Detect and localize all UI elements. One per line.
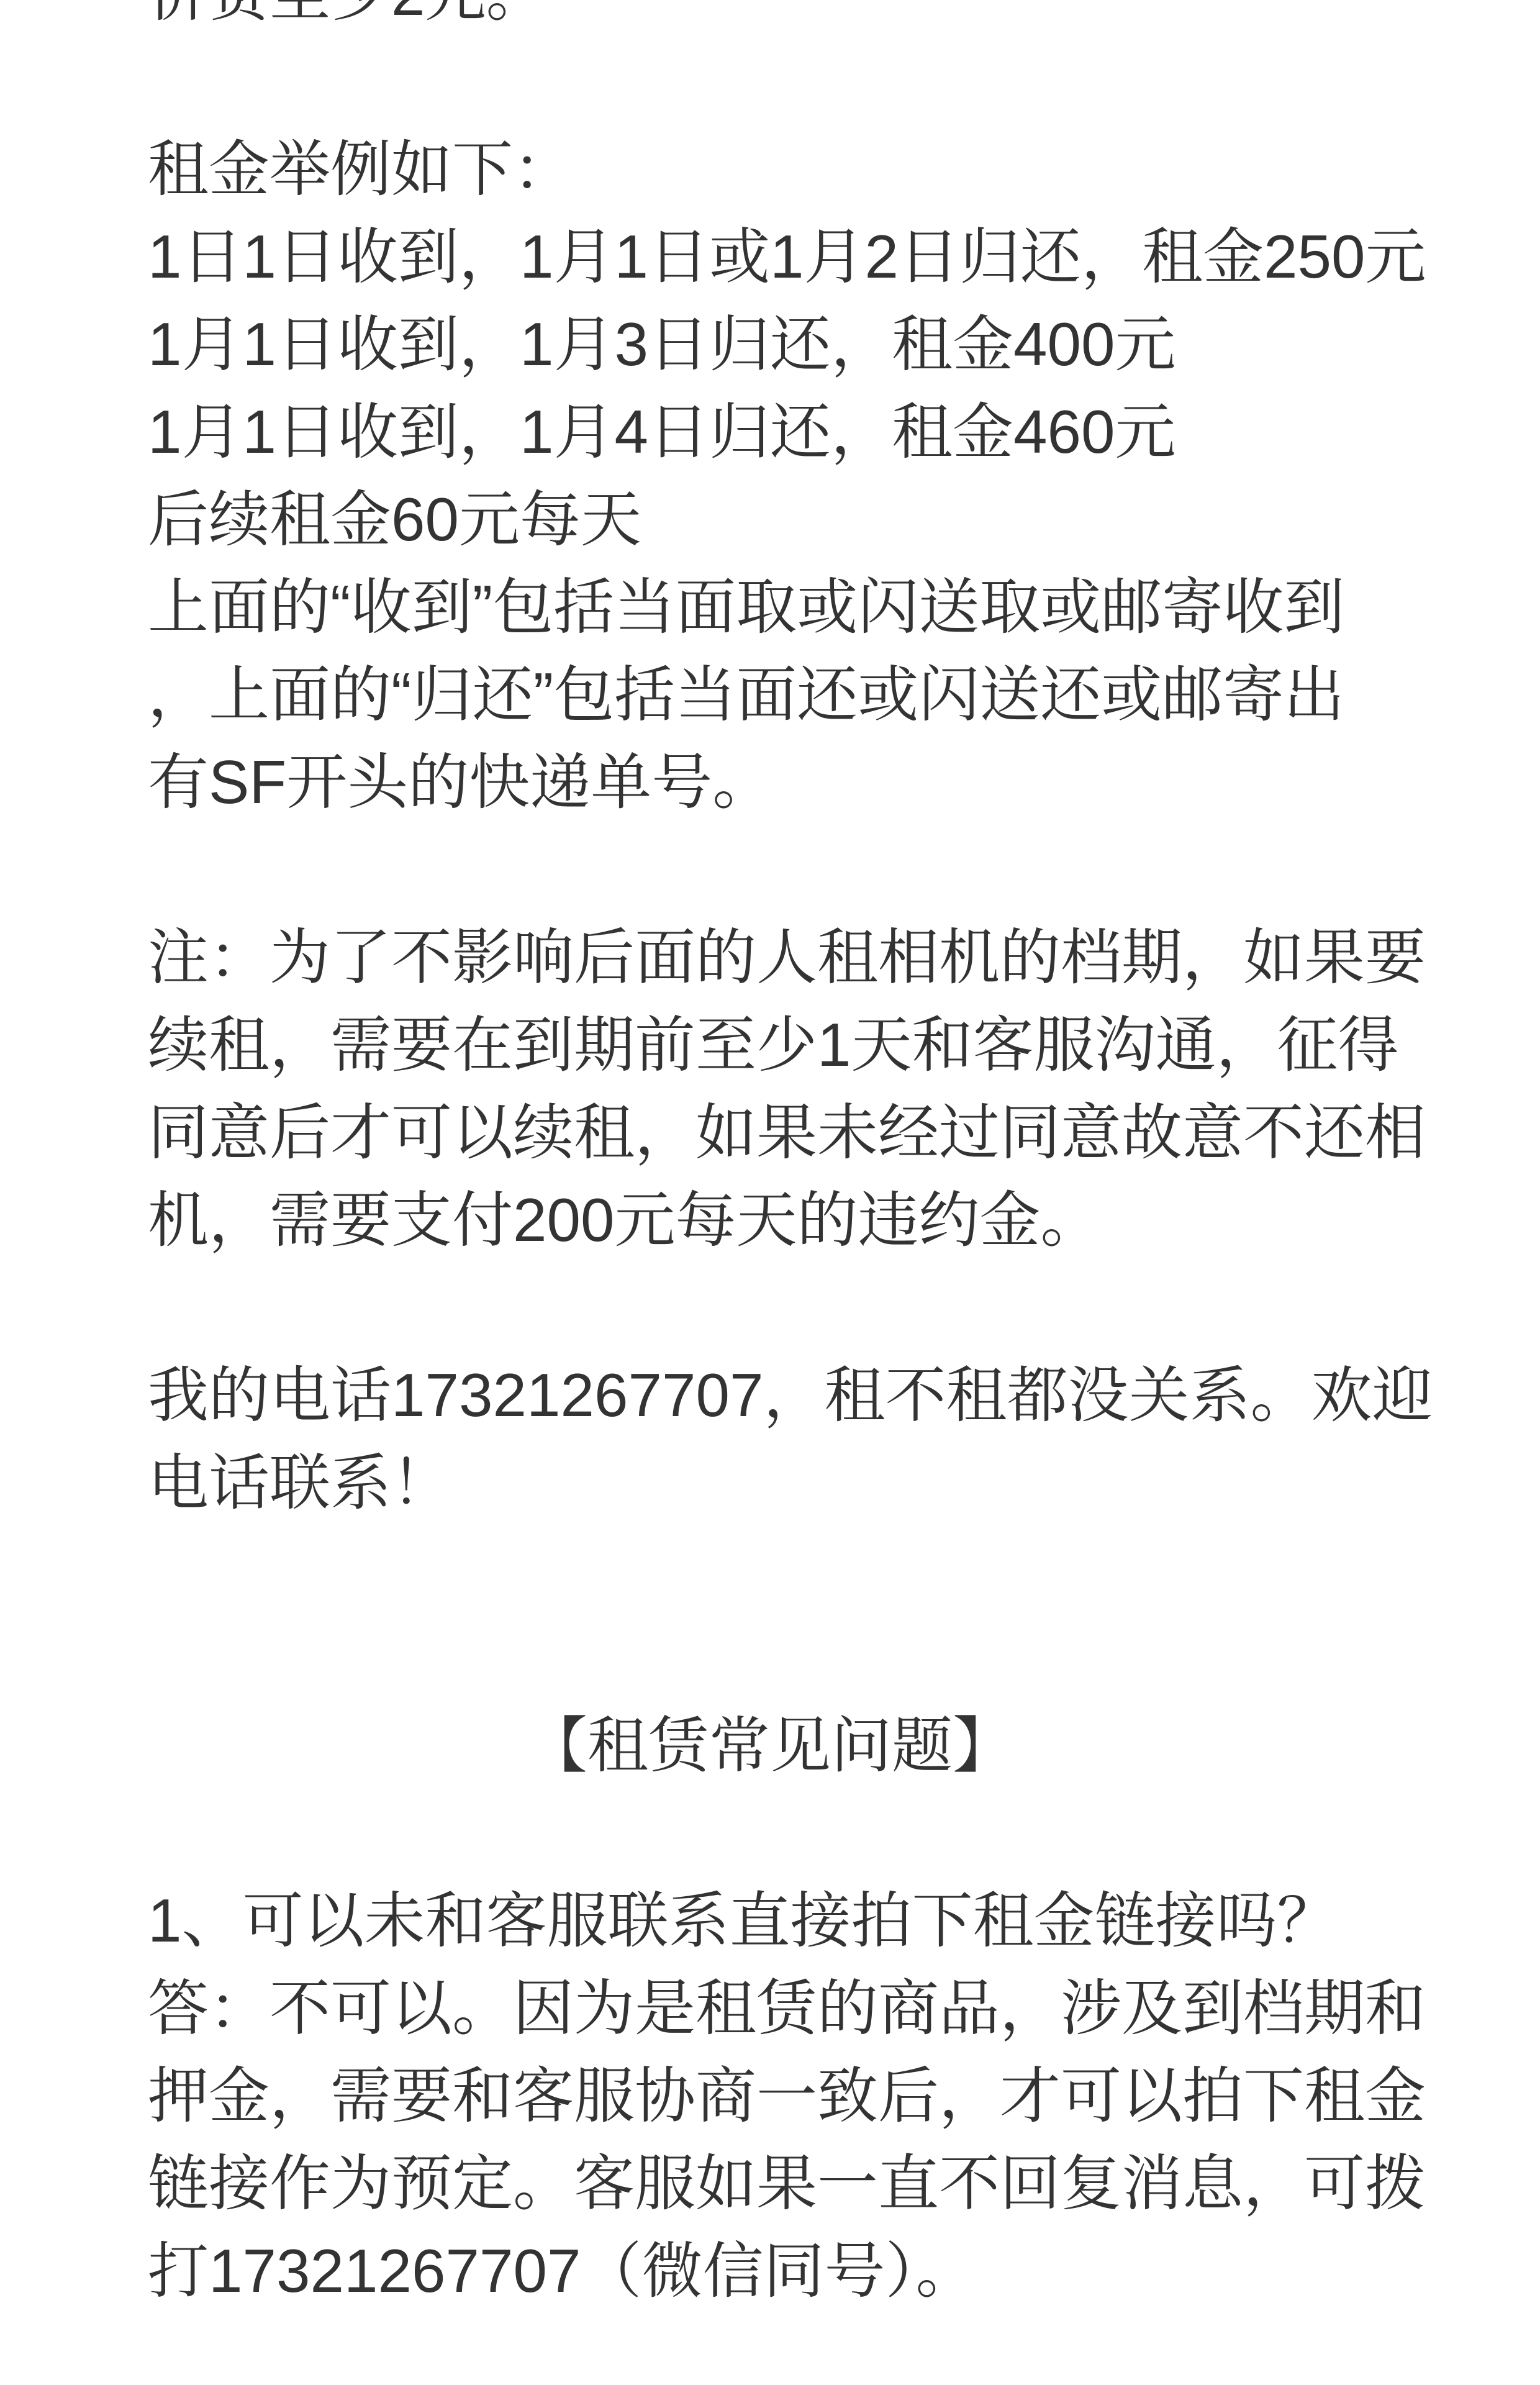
- rent-example-line: 1月1日收到，1月3日归还，租金400元: [148, 301, 1392, 388]
- faq-heading: 【租赁常见问题】: [148, 1702, 1392, 1789]
- blank-line: [148, 826, 1392, 914]
- renewal-note-line: 注：为了不影响后面的人租相机的档期，如果要: [148, 914, 1392, 1001]
- top-cut-line: 价费至少2元。: [148, 0, 1392, 38]
- faq-answer-line: 押金，需要和客服协商一致后，才可以拍下租金: [148, 2052, 1392, 2140]
- rent-examples-title: 租金举例如下：: [148, 125, 1392, 213]
- faq-answer-line: 答：不可以。因为是租赁的商品，涉及到档期和: [148, 1965, 1392, 2052]
- blank-line: [148, 38, 1392, 125]
- receive-return-definition-line: 有SF开头的快递单号。: [148, 738, 1392, 826]
- rent-example-line: 后续租金60元每天: [148, 476, 1392, 563]
- rental-description-page: 价费至少2元。 租金举例如下： 1日1日收到，1月1日或1月2日归还，租金250…: [0, 0, 1540, 2385]
- faq-answer-line: 链接作为预定。客服如果一直不回复消息，可拨: [148, 2140, 1392, 2227]
- rent-example-line: 1月1日收到，1月4日归还，租金460元: [148, 388, 1392, 476]
- receive-return-definition-line: 上面的“收到”包括当面取或闪送取或邮寄收到: [148, 563, 1392, 651]
- renewal-note-line: 机，需要支付200元每天的违约金。: [148, 1176, 1392, 1264]
- faq-question: 1、可以未和客服联系直接拍下租金链接吗？: [148, 1877, 1392, 1965]
- contact-line: 我的电话17321267707，租不租都没关系。欢迎: [148, 1351, 1392, 1439]
- blank-line: [148, 1614, 1392, 1702]
- contact-line: 电话联系！: [148, 1439, 1392, 1527]
- faq-answer-line: 打17321267707（微信同号）。: [148, 2227, 1392, 2315]
- blank-line: [148, 1264, 1392, 1351]
- description-text-column: 价费至少2元。 租金举例如下： 1日1日收到，1月1日或1月2日归还，租金250…: [0, 0, 1540, 2315]
- receive-return-definition-line: ，上面的“归还”包括当面还或闪送还或邮寄出: [148, 651, 1392, 738]
- rent-example-line: 1日1日收到，1月1日或1月2日归还，租金250元: [148, 213, 1392, 301]
- renewal-note-line: 同意后才可以续租，如果未经过同意故意不还相: [148, 1089, 1392, 1176]
- renewal-note-line: 续租，需要在到期前至少1天和客服沟通，征得: [148, 1001, 1392, 1089]
- blank-line: [148, 1789, 1392, 1877]
- blank-line: [148, 1527, 1392, 1614]
